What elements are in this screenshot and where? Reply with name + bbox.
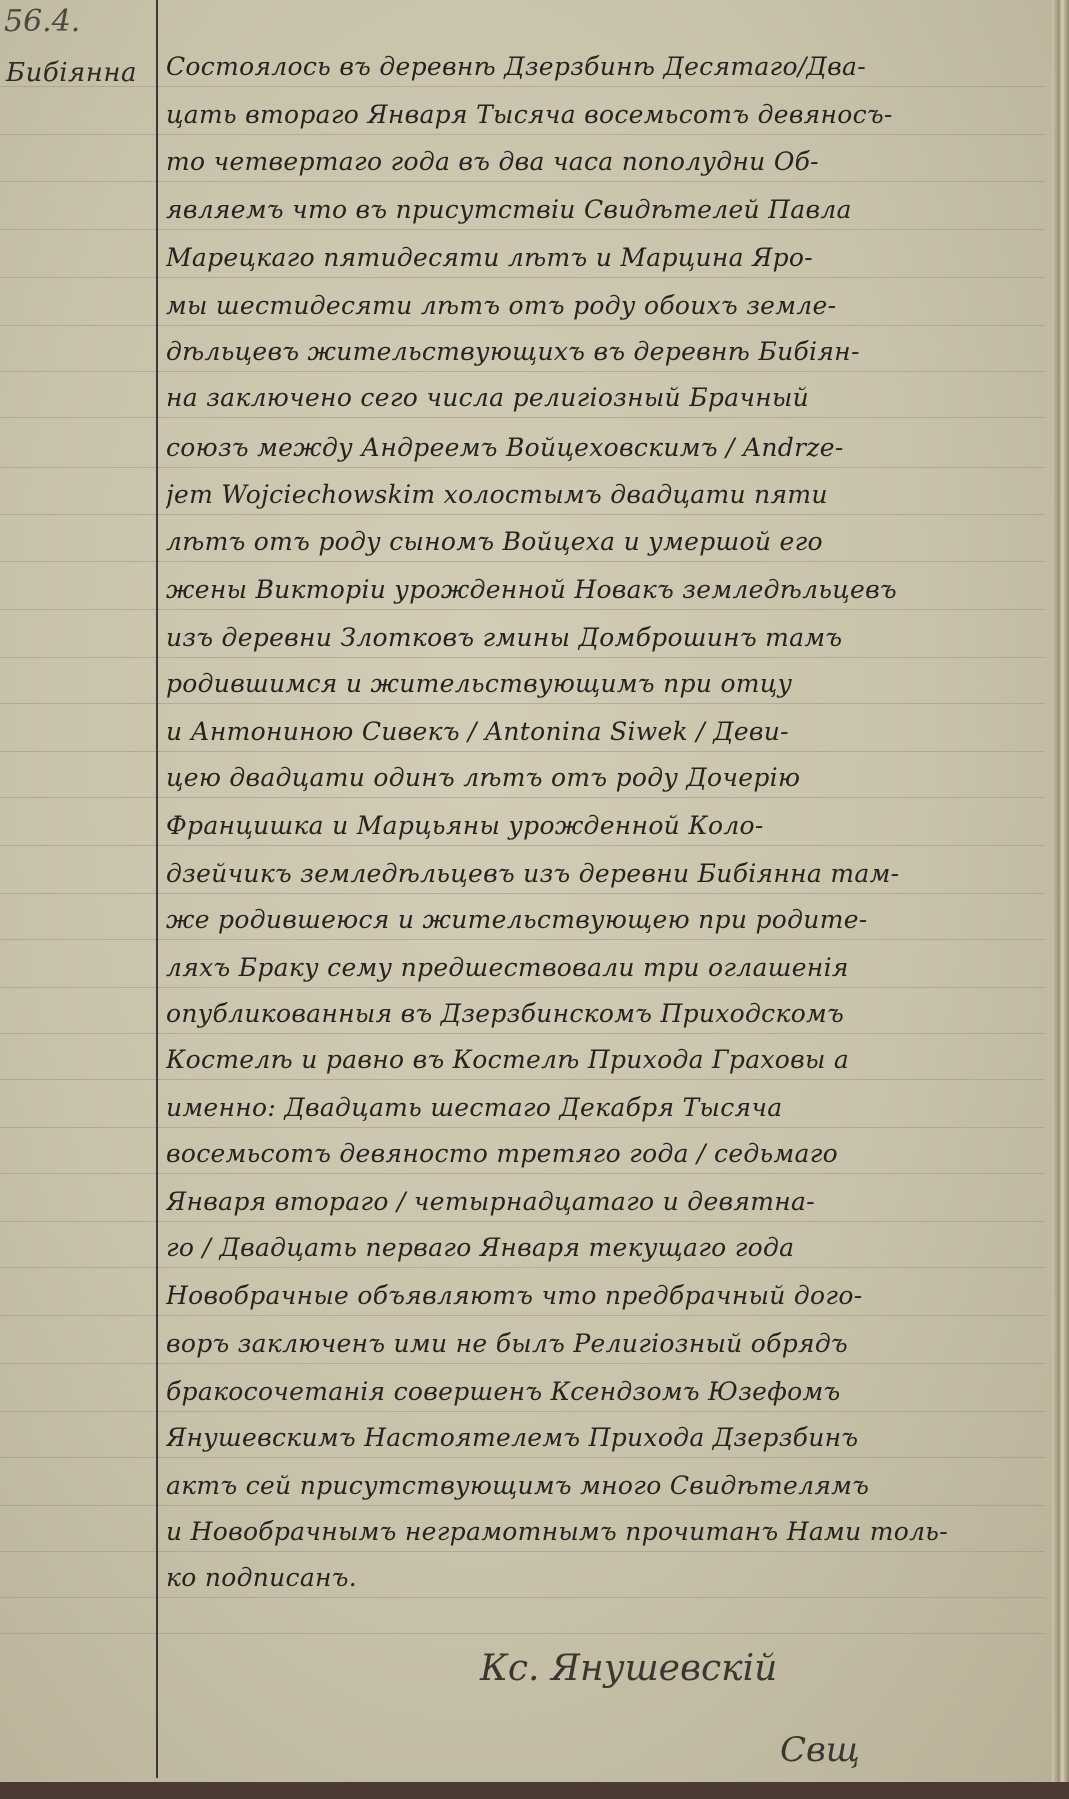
text-line: Новобрачные объявляютъ что предбрачный д…	[166, 1281, 1046, 1310]
text-line: и Новобрачнымъ неграмотнымъ прочитанъ На…	[166, 1517, 1046, 1546]
book-cover-edge	[0, 1782, 1069, 1799]
text-line: же родившеюся и жительствующею при родит…	[166, 905, 1046, 934]
margin-rule	[156, 0, 158, 1778]
text-line: мы шестидесяти лѣтъ отъ роду обоихъ земл…	[166, 291, 1046, 320]
text-line: то четвертаго года въ два часа пополудни…	[166, 147, 1046, 176]
text-line: изъ деревни Злотковъ гмины Домброшинъ та…	[166, 623, 1046, 652]
entry-number-text: 56.	[4, 4, 52, 39]
text-line: дѣльцевъ жительствующихъ въ деревнѣ Бибi…	[166, 337, 1046, 366]
priest-signature: Кс. Янушевскiй	[480, 1648, 777, 1689]
text-line: дзейчикъ земледѣльцевъ изъ деревни Бибiя…	[166, 859, 1046, 888]
text-line: Янушевскимъ Настоятелемъ Прихода Дзерзби…	[166, 1423, 1046, 1452]
text-line: союзъ между Андреемъ Войцеховскимъ / And…	[166, 433, 1046, 462]
page-edge	[1052, 0, 1069, 1799]
text-line: ляхъ Браку сему предшествовали три оглаш…	[166, 953, 1046, 982]
text-line: Состоялось въ деревнѣ Дзерзбинѣ Десятаго…	[166, 52, 1046, 81]
text-line: жены Викторiи урожденной Новакъ земледѣл…	[166, 575, 1046, 604]
text-line: го / Двадцать перваго Января текущаго го…	[166, 1233, 1046, 1262]
text-line: ко подписанъ.	[166, 1563, 1046, 1592]
text-line: цать втораго Января Тысяча восемьсотъ де…	[166, 100, 1046, 129]
entry-number: 56.4.	[4, 4, 80, 39]
text-line: бракосочетанiя совершенъ Ксендзомъ Юзефо…	[166, 1377, 1046, 1406]
text-line: Костелѣ и равно въ Костелѣ Прихода Грахо…	[166, 1045, 1046, 1074]
signature-initials: Свщ	[780, 1730, 860, 1770]
text-line: jem Wojciechowskim холостымъ двадцати пя…	[166, 480, 1046, 509]
text-line: и Антониною Сивекъ / Antonina Siwek / Де…	[166, 717, 1046, 746]
text-line: актъ сей присутствующимъ много Свидѣтеля…	[166, 1471, 1046, 1500]
entry-mark-text: 4.	[52, 4, 81, 39]
text-line: Января втораго / четырнадцатаго и девятн…	[166, 1187, 1046, 1216]
text-line: воръ заключенъ ими не былъ Религiозный о…	[166, 1329, 1046, 1358]
text-line: Марецкаго пятидесяти лѣтъ и Марцина Яро-	[166, 243, 1046, 272]
text-line: именно: Двадцать шестаго Декабря Тысяча	[166, 1093, 1046, 1122]
text-line: родившимся и жительствующимъ при отцу	[166, 669, 1046, 698]
text-line: лѣтъ отъ роду сыномъ Войцеха и умершой е…	[166, 527, 1046, 556]
margin-village-name: Бибiянна	[6, 58, 137, 88]
text-line: восемьсотъ девяносто третяго года / седь…	[166, 1139, 1046, 1168]
text-line: цею двадцати одинъ лѣтъ отъ роду Дочерiю	[166, 763, 1046, 792]
text-line: Францишка и Марцьяны урожденной Коло-	[166, 811, 1046, 840]
text-line: являемъ что въ присутствiи Свидѣтелей Па…	[166, 195, 1046, 224]
text-line: на заключено сего числа религiозный Брач…	[166, 383, 1046, 412]
text-line: опубликованныя въ Дзерзбинскомъ Приходск…	[166, 999, 1046, 1028]
